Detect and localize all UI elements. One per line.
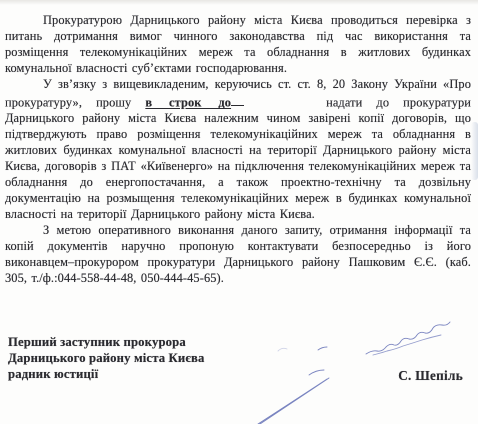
paragraph-2-suffix: надати до прокуратури Дарницького району… — [5, 95, 471, 221]
signatory-title-line-3: радник юстиції — [8, 366, 205, 382]
paragraph-3: З метою оперативного виконання даного за… — [5, 223, 471, 287]
signature-block: Перший заступник прокурора Дарницького р… — [8, 334, 205, 383]
letter-body: Прокуратурою Дарницького району міста Ки… — [5, 13, 471, 287]
scan-shadow-top — [0, 0, 478, 5]
scanned-letter-page: Прокуратурою Дарницького району міста Ки… — [0, 0, 478, 424]
signatory-title-line-1: Перший заступник прокурора — [8, 334, 205, 350]
deadline-phrase: в строк до — [145, 95, 231, 109]
paragraph-2: У зв’язку з вищевикладеним, керуючись ст… — [5, 77, 471, 223]
paragraph-1: Прокуратурою Дарницького району міста Ки… — [5, 13, 471, 77]
signatory-name: С. Шепіль — [398, 368, 463, 384]
deadline-blank-gap — [244, 105, 312, 106]
paragraph-3-text: З метою оперативного виконання даного за… — [5, 223, 471, 285]
scan-streak-right — [471, 122, 478, 180]
paragraph-1-text: Прокуратурою Дарницького району міста Ки… — [5, 13, 471, 75]
signatory-title-line-2: Дарницького району міста Києва — [8, 350, 205, 366]
deadline-blank-line — [231, 93, 244, 106]
